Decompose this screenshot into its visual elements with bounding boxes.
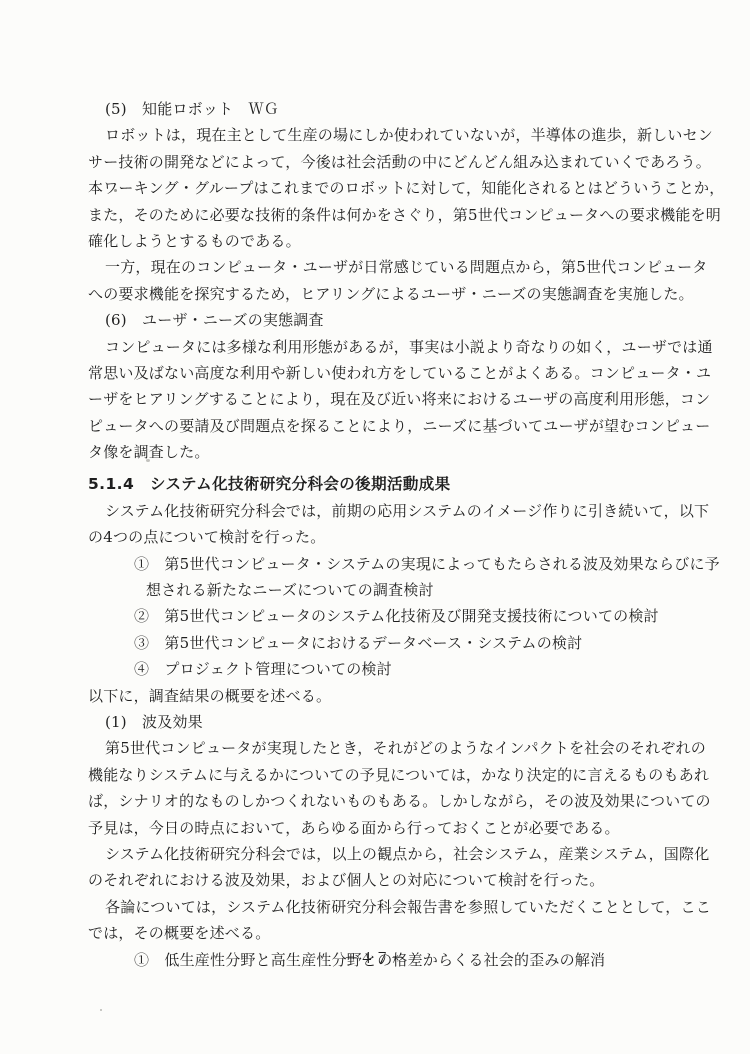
list-item-4: ④ プロジェクト管理についての検討 [88, 656, 720, 682]
text-line: サー技術の開発などによって，今後は社会活動の中にどんどん組み込まれていくであろう… [88, 149, 720, 175]
text-line: 常思い及ばない高度な利用や新しい使われ方をしていることがよくある。コンピュータ・… [88, 360, 720, 386]
scan-noise-speck [146, 459, 150, 462]
text-column: (5) 知能ロボット ＷＧ ロボットは，現在主として生産の場にしか使われていない… [88, 96, 720, 973]
text-line: 以下に，調査結果の概要を述べる。 [88, 683, 720, 709]
scan-noise-speck [100, 1009, 102, 1011]
text-line: では，その概要を述べる。 [88, 920, 720, 946]
text-line: 本ワーキング・グループはこれまでのロボットに対して，知能化されるとはどういうこと… [88, 175, 720, 201]
text-line: 機能なりシステムに与えるかについての予見については，かなり決定的に言えるものもあ… [88, 762, 720, 788]
scan-noise-speck [114, 189, 117, 192]
text-line: ば，シナリオ的なものしかつくれないものもある。しかしながら，その波及効果について… [88, 788, 720, 814]
section-5-label: (5) 知能ロボット ＷＧ [88, 96, 720, 122]
text-line: タ像を調査した。 [88, 439, 720, 465]
list-item-1-continuation: 想される新たなニーズについての調査検討 [88, 577, 720, 603]
text-line: 一方，現在のコンピュータ・ユーザが日常感じている問題点から，第5世代コンピュータ [88, 254, 720, 280]
text-line: 第5世代コンピュータが実現したとき，それがどのようなインパクトを社会のそれぞれの [88, 735, 720, 761]
list-item-3: ③ 第5世代コンピュータにおけるデータベース・システムの検討 [88, 630, 720, 656]
text-line: の4つの点について検討を行った。 [88, 524, 720, 550]
page-number: －４７－ [0, 948, 750, 970]
section-heading-5-1-4: 5.1.4 システム化技術研究分科会の後期活動成果 [88, 471, 720, 497]
text-line: 各論については，システム化技術研究分科会報告書を参照していただくこととして，ここ [88, 894, 720, 920]
list-item-1: ① 第5世代コンピュータ・システムの実現によってもたらされる波及効果ならびに予 [88, 551, 720, 577]
text-line: への要求機能を探究するため，ヒアリングによるユーザ・ニーズの実態調査を実施した。 [88, 281, 720, 307]
text-line: ピュータへの要請及び問題点を探ることにより，ニーズに基づいてユーザが望むコンピュ… [88, 413, 720, 439]
text-line: のそれぞれにおける波及効果，および個人との対応について検討を行った。 [88, 867, 720, 893]
text-line: システム化技術研究分科会では，以上の観点から，社会システム，産業システム，国際化 [88, 841, 720, 867]
text-line: ロボットは，現在主として生産の場にしか使われていないが，半導体の進歩，新しいセン [88, 122, 720, 148]
subsection-1-label: (1) 波及効果 [88, 709, 720, 735]
section-6-label: (6) ユーザ・ニーズの実態調査 [88, 307, 720, 333]
text-line: 予見は，今日の時点において，あらゆる面から行っておくことが必要である。 [88, 815, 720, 841]
text-line: システム化技術研究分科会では，前期の応用システムのイメージ作りに引き続いて，以下 [88, 498, 720, 524]
scanned-document-page: (5) 知能ロボット ＷＧ ロボットは，現在主として生産の場にしか使われていない… [0, 0, 750, 1054]
text-line: ーザをヒアリングすることにより，現在及び近い将来におけるユーザの高度利用形態，コ… [88, 386, 720, 412]
text-line: コンピュータには多様な利用形態があるが，事実は小説より奇なりの如く，ユーザでは通 [88, 334, 720, 360]
list-item-2: ② 第5世代コンピュータのシステム化技術及び開発支援技術についての検討 [88, 603, 720, 629]
text-line: 確化しようとするものである。 [88, 228, 720, 254]
text-line: また，そのために必要な技術的条件は何かをさぐり，第5世代コンピュータへの要求機能… [88, 202, 720, 228]
